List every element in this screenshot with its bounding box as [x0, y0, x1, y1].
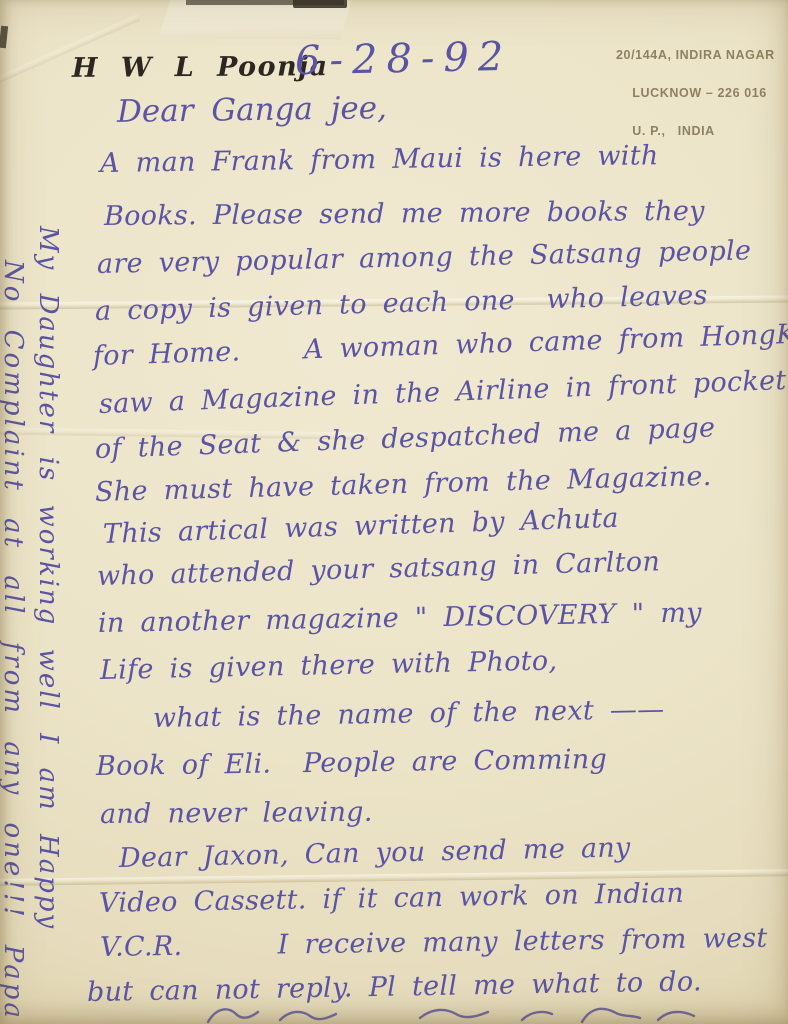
letter-line: in another magazine " DISCOVERY " my — [98, 597, 702, 639]
margin-note-line-1: My Daughter is working well I am Happy — [33, 226, 63, 930]
letter-line: She must have taken from the Magazine. — [95, 461, 712, 508]
left-edge-mark — [0, 26, 8, 49]
letter-line: a copy is given to each one who leaves — [95, 280, 708, 327]
letter-line: Video Cassett. if it can work on Indian — [99, 878, 685, 919]
letter-line: and never leaving. — [100, 797, 373, 830]
letterhead-name: H W L Poonja — [72, 51, 329, 84]
salutation: Dear Ganga jee, — [117, 90, 387, 130]
letter-line: who attended your satsang in Carlton — [97, 546, 661, 592]
letter-line: Books. Please send me more books they — [104, 196, 705, 232]
letter-line: are very popular among the Satsang peopl… — [97, 235, 752, 280]
letter-line: saw a Magazine in the Airline in front p… — [98, 365, 787, 420]
address-line-1: 20/144A, INDIRA NAGAR — [616, 48, 775, 62]
address-line-2: LUCKNOW – 226 016 — [632, 86, 767, 100]
tape-edge-mark-dark — [293, 0, 347, 8]
letter-date: 6-28-92 — [295, 34, 513, 85]
letter-line: Book of Eli. People are Comming — [96, 744, 608, 782]
address-line-3: U. P., INDIA — [632, 124, 715, 138]
letter-line: of the Seat & she despatched me a page — [94, 412, 715, 465]
letter-line: Dear Jaxon, Can you send me any — [119, 832, 631, 874]
letter-line: V.C.R. I receive many letters from west — [100, 923, 768, 963]
letter-line: A man Frank from Maui is here with — [100, 140, 659, 179]
letter-line: Life is given there with Photo, — [100, 645, 558, 686]
cutoff-line-strokes — [170, 1002, 710, 1024]
letter-page: H W L Poonja 6-28-92 20/144A, INDIRA NAG… — [0, 0, 788, 1024]
margin-note-line-2: No Complaint at all from any one!!! Papa — [0, 260, 28, 1021]
letter-line: what is the name of the next —— — [153, 694, 665, 734]
letter-line: for Home. A woman who came from HongKong — [93, 317, 788, 372]
letter-line: This artical was written by Achuta — [103, 503, 620, 550]
